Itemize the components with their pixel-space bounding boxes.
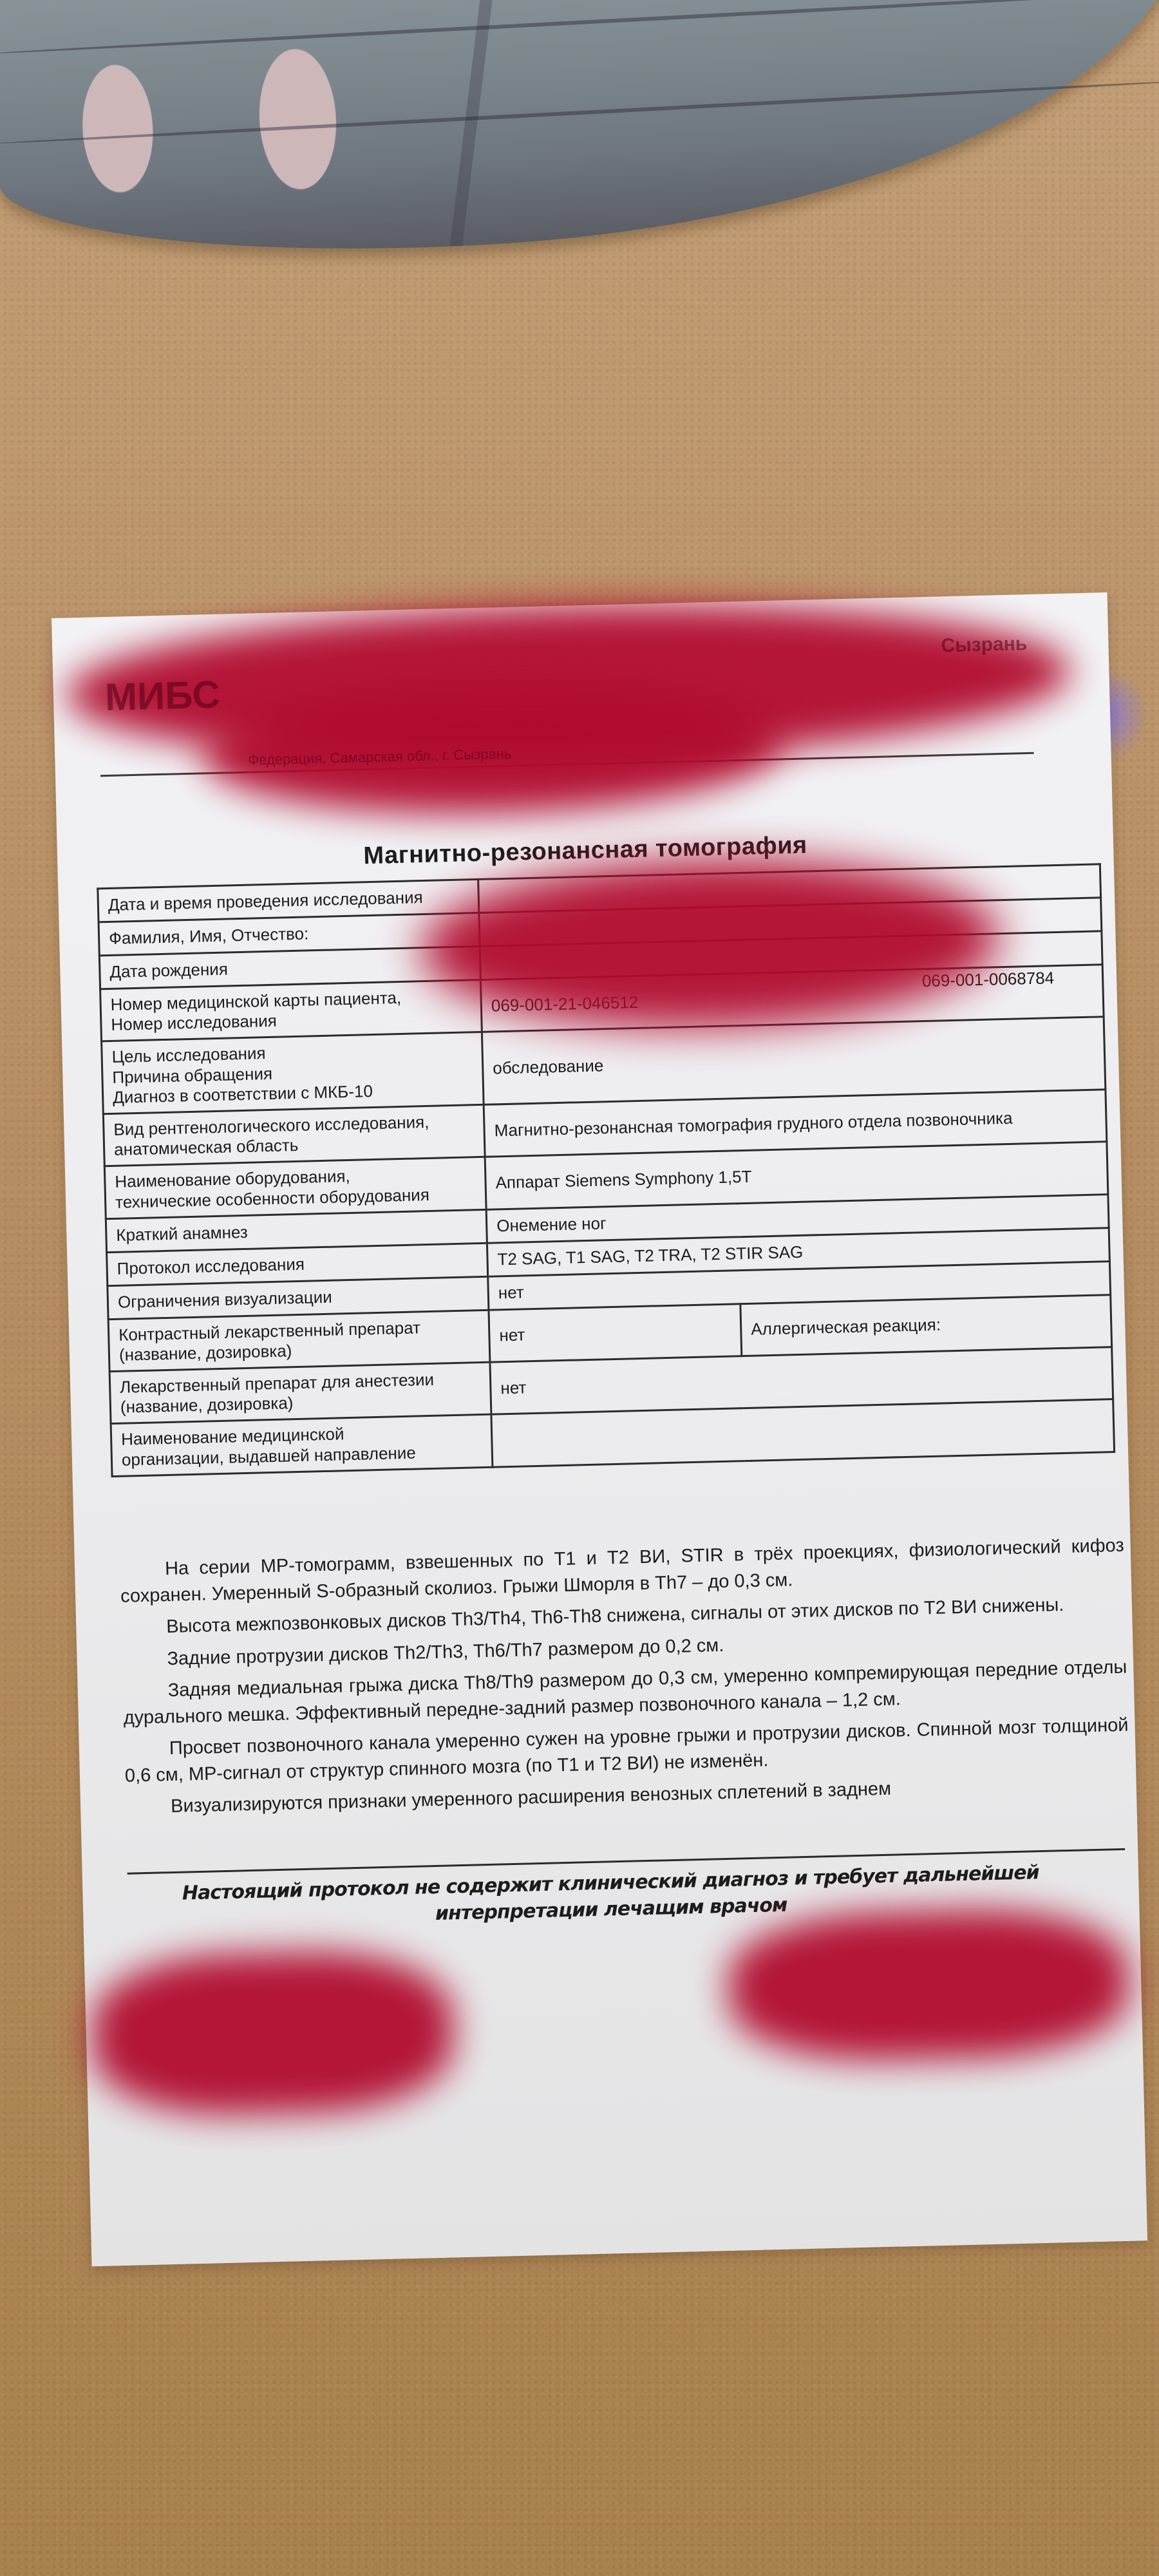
report-header: МИБС Сызрань Федерация, Самарская обл., … <box>52 592 1113 831</box>
medical-report-sheet: МИБС Сызрань Федерация, Самарская обл., … <box>52 592 1147 2266</box>
blanket-fold <box>0 79 1159 145</box>
clinic-logo-text: МИБС <box>104 672 220 719</box>
blanket-fold <box>0 0 1159 55</box>
row-label: Контрастный лекарственный препарат (назв… <box>108 1310 490 1372</box>
row-label: Наименование оборудования, технические о… <box>104 1157 486 1219</box>
allergy-label: Аллергическая реакция: <box>751 1315 941 1339</box>
row-label: Вид рентгенологического исследования, ан… <box>103 1104 485 1166</box>
clinic-city: Сызрань <box>941 633 1028 657</box>
row-label: Лекарственный препарат для анестезии (на… <box>109 1362 491 1424</box>
footer-left-redaction <box>91 1948 455 2118</box>
allergy-cell: Аллергическая реакция: <box>740 1294 1112 1356</box>
row-label: Номер медицинской карты пациента, Номер … <box>100 980 482 1041</box>
row-label: Цель исследования Причина обращения Диаг… <box>102 1032 484 1114</box>
blanket-background <box>0 0 1159 270</box>
footer-right-redaction <box>728 1906 1130 2064</box>
row-value: нет <box>489 1303 742 1362</box>
row-label: Наименование медицинской организации, вы… <box>111 1415 493 1477</box>
findings-text: На серии МР-томограмм, взвешенных по T1 … <box>120 1533 1131 1827</box>
